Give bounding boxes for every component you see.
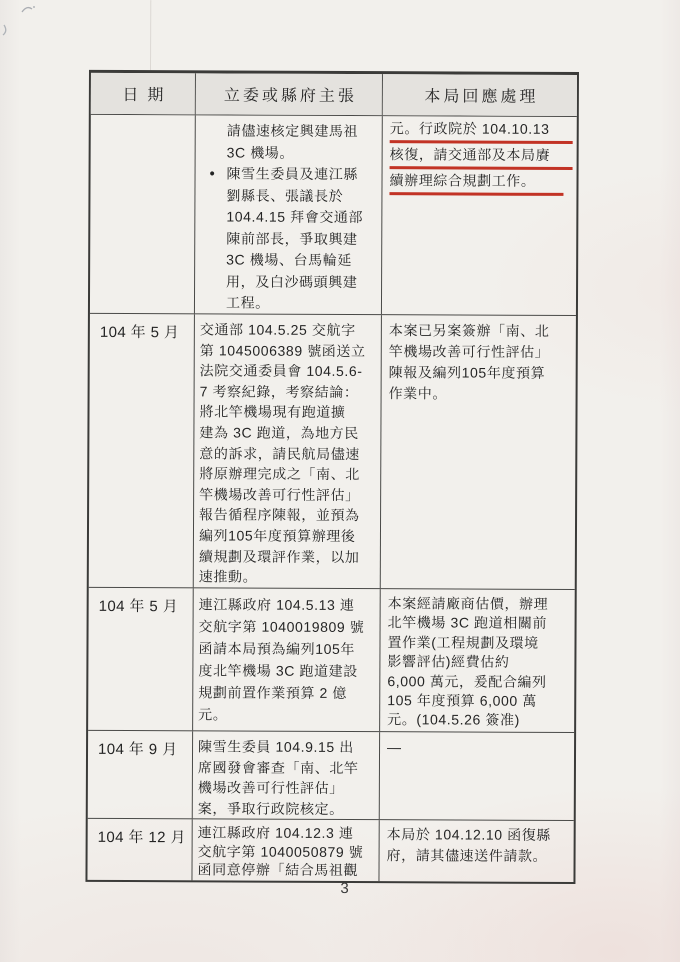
header-date: 日期 (91, 73, 196, 114)
table-row: 請儘速核定興建馬祖 3C 機場。 • 陳雪生委員及連江縣 劉縣長、張議長於 10… (90, 115, 577, 316)
response-text: 本案經請廠商估價，辦理 北竿機場 3C 跑道相關前 置作業(工程規劃及環境 影響… (387, 594, 571, 731)
claim-text: 陳雪生委員 104.9.15 出 席國發會審查「南、北竿 機場改善可行性評估」 … (198, 736, 376, 819)
response-text: 本局於 104.12.10 函復縣 府，請其儘速送件請款。 (387, 824, 570, 867)
scanned-document-page: 日期 立委或縣府主張 本局回應處理 請儘速核定興建馬祖 3C 機場。 • 陳雪生… (0, 0, 680, 962)
red-underlined-text: 續辦理綜合規劃工作。 (389, 170, 563, 196)
row3-claim-cell: 連江縣政府 104.5.13 連 交航字第 1040019809 號 函請本局預… (193, 588, 381, 731)
row4-date-cell: 104 年 9 月 (88, 731, 193, 818)
row2-claim-cell: 交通部 104.5.25 交航字 第 1045006389 號函送立 法院交通委… (194, 314, 382, 588)
table-row: 104 年 5 月 連江縣政府 104.5.13 連 交航字第 10400198… (88, 588, 575, 733)
row5-response-cell: 本局於 104.12.10 函復縣 府，請其儘速送件請款。 (379, 820, 573, 882)
claim-text: 交通部 104.5.25 交航字 第 1045006389 號函送立 法院交通委… (199, 319, 378, 587)
row3-date-cell: 104 年 5 月 (88, 588, 194, 730)
row2-date-cell: 104 年 5 月 (89, 314, 195, 587)
table-header-row: 日期 立委或縣府主張 本局回應處理 (91, 73, 577, 117)
scan-fold-line (150, 0, 151, 70)
header-response: 本局回應處理 (383, 74, 577, 116)
claim-continuation-text: 請儘速核定興建馬祖 3C 機場。 (227, 120, 379, 164)
row1-date-cell (90, 115, 196, 313)
row1-response-cell: 元。行政院於 104.10.13 核復，請交通部及本局賡 續辦理綜合規劃工作。 (382, 116, 577, 315)
row3-response-cell: 本案經請廠商估價，辦理 北竿機場 3C 跑道相關前 置作業(工程規劃及環境 影響… (380, 589, 575, 732)
row4-claim-cell: 陳雪生委員 104.9.15 出 席國發會審查「南、北竿 機場改善可行性評估」 … (193, 731, 380, 819)
response-table: 日期 立委或縣府主張 本局回應處理 請儘速核定興建馬祖 3C 機場。 • 陳雪生… (85, 70, 579, 884)
row4-response-cell: — (380, 732, 574, 820)
claim-text: 連江縣政府 104.12.3 連 交航字第 1040050879 號 函同意停辦… (197, 823, 375, 879)
table-row: 104 年 9 月 陳雪生委員 104.9.15 出 席國發會審查「南、北竿 機… (88, 731, 574, 821)
row1-claim-cell: 請儘速核定興建馬祖 3C 機場。 • 陳雪生委員及連江縣 劉縣長、張議長於 10… (195, 115, 383, 314)
row2-response-cell: 本案已另案簽辦「南、北 竿機場改善可行性評估」 陳報及編列105年度預算 作業中… (381, 315, 576, 589)
claim-bullet-item: • 陳雪生委員及連江縣 劉縣長、張議長於 104.4.15 拜會交通部 陳前部長… (226, 163, 379, 314)
row5-date-cell: 104 年 12 月 (87, 819, 192, 880)
bullet-icon: • (209, 163, 214, 185)
table-row: 104 年 12 月 連江縣政府 104.12.3 連 交航字第 1040050… (87, 819, 573, 882)
red-underlined-text: 核復，請交通部及本局賡 (390, 144, 573, 170)
claim-text: 連江縣政府 104.5.13 連 交航字第 1040019809 號 函請本局預… (198, 593, 377, 726)
response-text: — (387, 737, 570, 759)
response-text: 本案已另案簽辦「南、北 竿機場改善可行性評估」 陳報及編列105年度預算 作業中… (389, 320, 572, 405)
table-row: 104 年 5 月 交通部 104.5.25 交航字 第 1045006389 … (89, 314, 576, 590)
header-claim: 立委或縣府主張 (196, 73, 383, 115)
scan-content: 日期 立委或縣府主張 本局回應處理 請儘速核定興建馬祖 3C 機場。 • 陳雪生… (0, 0, 680, 962)
red-underlined-text: 元。行政院於 104.10.13 (390, 118, 573, 144)
row5-claim-cell: 連江縣政府 104.12.3 連 交航字第 1040050879 號 函同意停辦… (192, 819, 379, 881)
page-number: 3 (340, 880, 348, 897)
claim-bullet-text: 陳雪生委員及連江縣 劉縣長、張議長於 104.4.15 拜會交通部 陳前部長，爭… (226, 163, 379, 314)
